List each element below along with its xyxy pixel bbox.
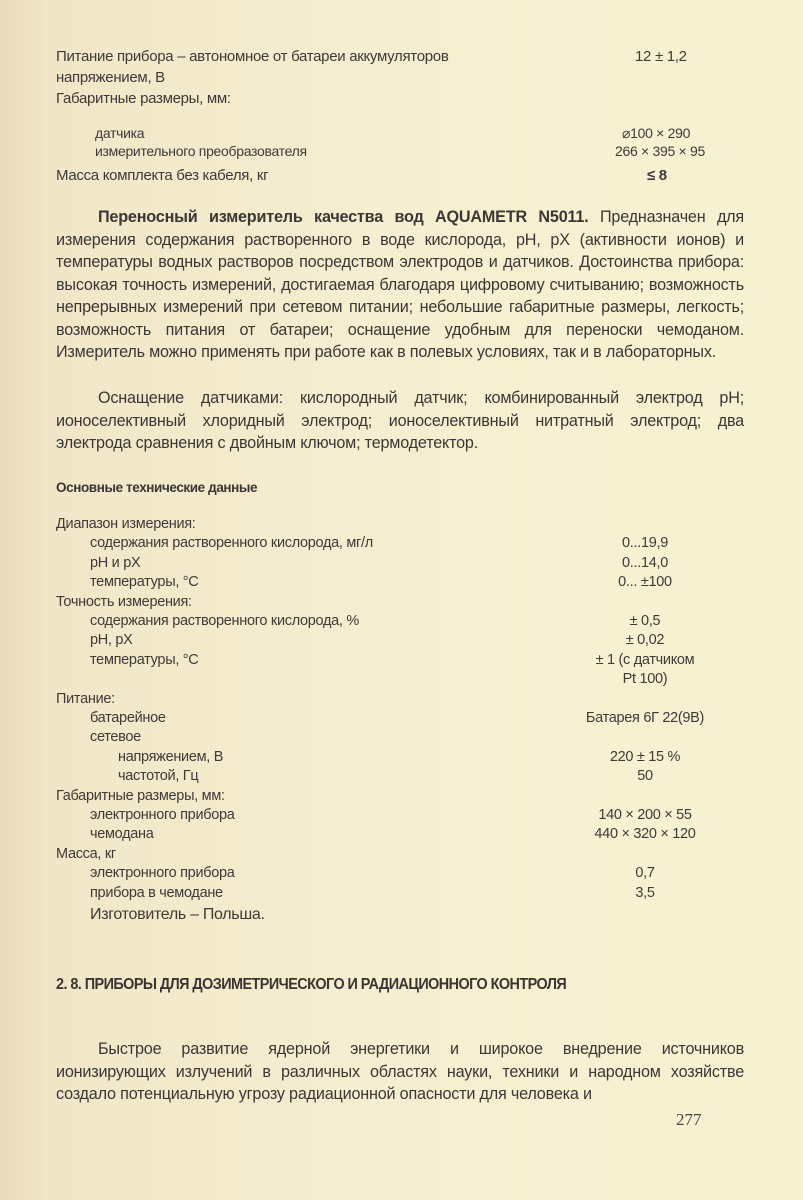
spec-value: 0,7: [580, 863, 710, 883]
equipment-text: Оснащение датчиками: кислородный датчик;…: [56, 389, 744, 452]
spec-label: чемодана: [90, 824, 154, 844]
spec-label: Масса комплекта без кабеля, кг: [56, 166, 268, 186]
spec-value: 0...19,9: [580, 533, 710, 553]
spec-label: электронного прибора: [90, 863, 235, 883]
book-page: Питание прибора – автономное от батареи …: [0, 0, 803, 1200]
spec-value: 50: [580, 766, 710, 786]
page-number: 277: [676, 1110, 702, 1130]
spec-label: Диапазон измерения:: [56, 514, 196, 534]
spec-label: температуры, °С: [90, 572, 198, 592]
intro-text: Предназначен для измерения содержания ра…: [56, 208, 744, 361]
spec-label: батарейное: [90, 708, 166, 728]
spec-label: сетевое: [90, 727, 141, 747]
spec-value: ± 1 (с датчиком: [580, 650, 710, 670]
spec-value: ⌀100 × 290: [622, 123, 690, 143]
section-title: 2. 8. ПРИБОРЫ ДЛЯ ДОЗИМЕТРИЧЕСКОГО И РАД…: [56, 976, 566, 994]
spec-value: 0... ±100: [580, 572, 710, 592]
spec-value: ± 0,02: [580, 630, 710, 650]
spec-value: 3,5: [580, 883, 710, 903]
spec-label: pH и pX: [90, 553, 140, 573]
spec-label: pH, pX: [90, 630, 133, 650]
spec-value: 440 × 320 × 120: [580, 824, 710, 844]
spec-label: прибора в чемодане: [90, 883, 223, 903]
spec-label: Габаритные размеры, мм:: [56, 786, 225, 806]
spec-label: Масса, кг: [56, 844, 116, 864]
manufacturer-text: Изготовитель – Польша.: [90, 905, 265, 925]
section-paragraph: Быстрое развитие ядерной энергетики и ши…: [56, 1038, 744, 1106]
spec-label: напряжением, В: [56, 68, 165, 88]
spec-label: содержания растворенного кислорода, %: [90, 611, 359, 631]
spec-value: 220 ± 15 %: [580, 747, 710, 767]
spec-value: 266 × 395 × 95: [615, 141, 705, 161]
spec-label: температуры, °С: [90, 650, 198, 670]
spec-value: Pt 100): [580, 669, 710, 689]
spec-label: Питание прибора – автономное от батареи …: [56, 47, 449, 67]
spec-value: 0...14,0: [580, 553, 710, 573]
spec-label: частотой, Гц: [118, 766, 198, 786]
spec-value: 12 ± 1,2: [635, 47, 687, 67]
spec-label: Питание:: [56, 689, 115, 709]
spec-value: ≤ 8: [647, 166, 667, 186]
spec-value: ± 0,5: [580, 611, 710, 631]
device-title: Переносный измеритель качества вод AQUAM…: [98, 208, 589, 226]
spec-label: электронного прибора: [90, 805, 235, 825]
specs-heading: Основные технические данные: [56, 480, 257, 495]
spec-value: 140 × 200 × 55: [580, 805, 710, 825]
intro-paragraph: Переносный измеритель качества вод AQUAM…: [56, 206, 744, 364]
spec-value: Батарея 6Г 22(9В): [580, 708, 710, 728]
spec-label: напряжением, В: [118, 747, 223, 767]
spec-label: Габаритные размеры, мм:: [56, 89, 231, 109]
equipment-paragraph: Оснащение датчиками: кислородный датчик;…: [56, 387, 744, 455]
spec-label: Точность измерения:: [56, 592, 192, 612]
spec-label: содержания растворенного кислорода, мг/л: [90, 533, 373, 553]
spec-label: измерительного преобразователя: [95, 141, 307, 161]
spec-label: датчика: [95, 123, 144, 143]
section-text: Быстрое развитие ядерной энергетики и ши…: [56, 1040, 744, 1103]
